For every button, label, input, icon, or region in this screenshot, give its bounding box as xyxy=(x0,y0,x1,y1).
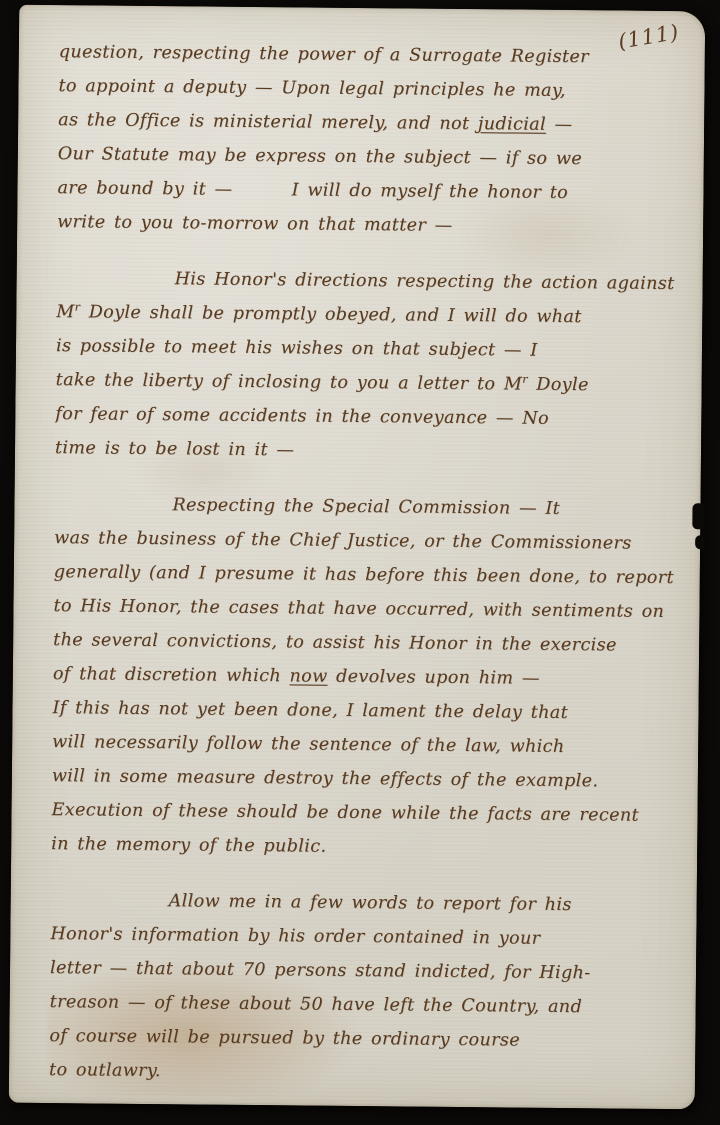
text-segment: His Honor's directions respecting the ac… xyxy=(175,269,675,294)
text-segment: Honor's information by his order contain… xyxy=(50,924,540,949)
underlined-word: judicial xyxy=(478,114,546,135)
underlined-word: now xyxy=(289,666,327,686)
text-segment: — xyxy=(546,115,573,135)
manuscript-paragraph: Respecting the Special Commission — Itwa… xyxy=(51,487,685,867)
text-segment: will necessarily follow the sentence of … xyxy=(52,732,565,757)
manuscript-paragraph: question, respecting the power of a Surr… xyxy=(57,35,689,245)
text-segment: are bound by it — I will do myself the h… xyxy=(57,178,568,203)
text-segment: Allow me in a few words to report for hi… xyxy=(169,891,572,915)
manuscript-text: question, respecting the power of a Surr… xyxy=(49,35,689,1095)
text-segment: will in some measure destroy the effects… xyxy=(52,766,599,791)
text-segment: to His Honor, the cases that have occurr… xyxy=(53,596,664,622)
manuscript-line: to outlawry. xyxy=(49,1053,679,1093)
text-segment: to outlawry. xyxy=(49,1060,161,1081)
text-segment: devolves upon him — xyxy=(327,667,539,689)
text-segment: to appoint a deputy — Upon legal princip… xyxy=(58,76,566,101)
text-segment: of course will be pursued by the ordinar… xyxy=(49,1026,520,1051)
text-segment: Execution of these should be done while … xyxy=(51,800,639,826)
text-segment: treason — of these about 50 have left th… xyxy=(50,992,583,1017)
paper-edge-chip xyxy=(695,535,705,549)
text-segment: in the memory of the public. xyxy=(51,834,326,857)
manuscript-paragraph: His Honor's directions respecting the ac… xyxy=(55,261,687,471)
text-segment: question, respecting the power of a Surr… xyxy=(59,42,589,67)
text-segment: If this has not yet been done, I lament … xyxy=(52,698,568,723)
scan-background: (111) question, respecting the power of … xyxy=(0,0,720,1125)
text-segment: write to you to-morrow on that matter — xyxy=(57,212,453,236)
text-segment: for fear of some accidents in the convey… xyxy=(55,404,549,429)
text-segment: Doyle xyxy=(528,375,589,396)
text-segment: Respecting the Special Commission — It xyxy=(172,495,560,519)
text-segment: M xyxy=(56,302,75,322)
manuscript-line: write to you to-morrow on that matter — xyxy=(57,205,687,245)
manuscript-line: time is to be lost in it — xyxy=(55,431,685,471)
text-segment: time is to be lost in it — xyxy=(55,438,294,460)
text-segment: is possible to meet his wishes on that s… xyxy=(56,336,538,361)
text-segment: generally (and I presume it has before t… xyxy=(54,562,674,588)
manuscript-page: (111) question, respecting the power of … xyxy=(9,5,706,1110)
paper-edge-chip xyxy=(692,503,704,529)
text-segment: was the business of the Chief Justice, o… xyxy=(54,528,632,554)
text-segment: take the liberty of inclosing to you a l… xyxy=(56,370,523,394)
text-segment: the several convictions, to assist his H… xyxy=(53,630,617,655)
text-segment: as the Office is ministerial merely, and… xyxy=(58,110,478,134)
text-segment: Our Statute may be express on the subjec… xyxy=(58,144,582,169)
text-segment: Doyle shall be promptly obeyed, and I wi… xyxy=(80,302,582,327)
text-segment: of that discretion which xyxy=(53,664,290,686)
text-segment: letter — that about 70 persons stand ind… xyxy=(50,958,591,983)
manuscript-paragraph: Allow me in a few words to report for hi… xyxy=(49,883,681,1093)
manuscript-line: in the memory of the public. xyxy=(51,827,681,867)
